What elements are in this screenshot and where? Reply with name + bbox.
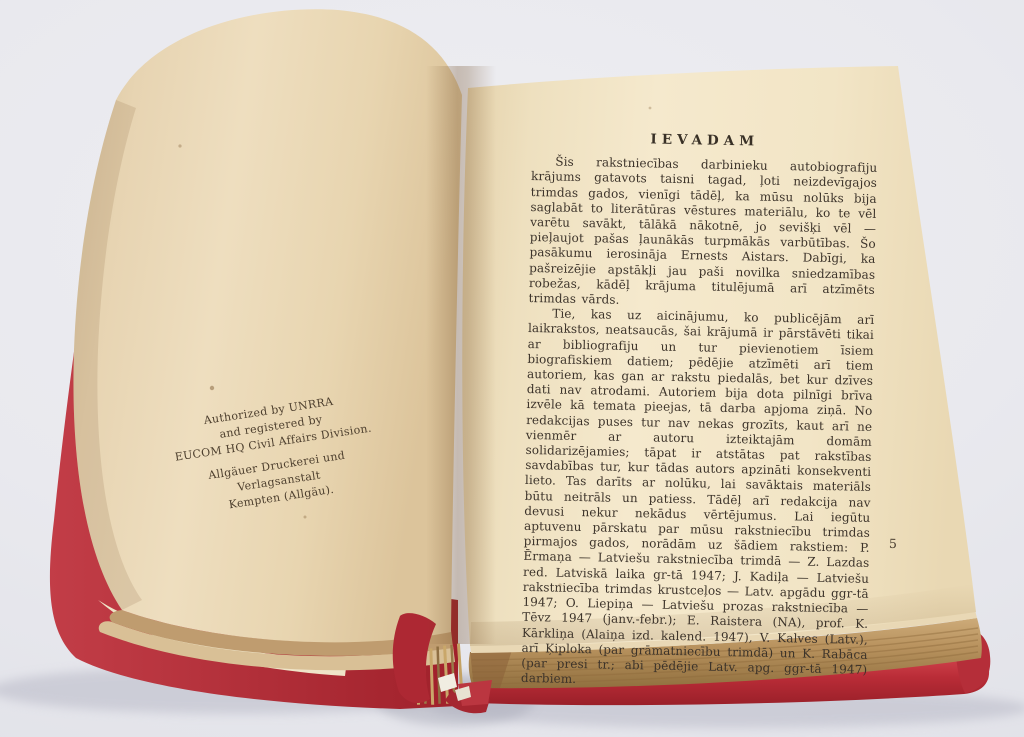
introduction-text: IEVADAM Šis rakstniecības darbinieku aut… (521, 130, 878, 693)
page-number: 5 (889, 536, 897, 551)
gutter-shadow (426, 66, 496, 644)
left-page (73, 9, 462, 642)
intro-paragraph: Šis rakstniecības darbinieku autobiograf… (528, 154, 877, 313)
intro-paragraph: Tie, kas uz aicinājumu, ko publicējām ar… (521, 306, 875, 693)
book-photo: Authorized by UNRRA and registered by EU… (0, 0, 1024, 737)
